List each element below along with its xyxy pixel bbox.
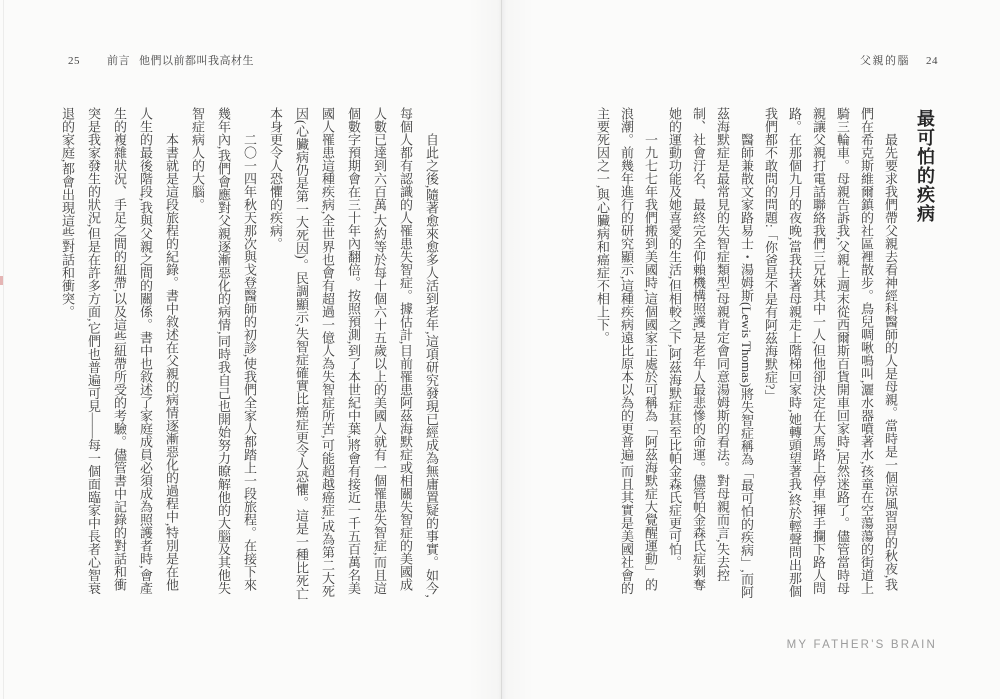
right-page-number: 24: [926, 55, 938, 67]
body-paragraph: 本書就是這段旅程的紀錄。書中敘述在父親的病情逐漸惡化的過程中,特別是在他人生的最…: [54, 107, 184, 604]
book-spread: 25 前言 他們以前都叫我高材生 父親的腦 24 最可怕的疾病 最先要求我們帶父…: [0, 0, 1000, 699]
body-paragraph: 一九七七年我們搬到美國時,這個國家正處於可稱為「阿茲海默症大覺醒運動」的浪潮。前…: [590, 107, 662, 604]
body-paragraph: 最先要求我們帶父親去看神經科醫師的人是母親。當時是一個涼風習習的秋夜,我們在希克…: [758, 107, 902, 604]
left-page-body: 自此之後,隨著愈來愈多人活到老年,這項研究發現已經成為無庸置疑的事實。如今,每個…: [54, 107, 444, 604]
scan-artifact-mark: [0, 276, 3, 285]
left-header-section: 前言: [107, 52, 130, 68]
right-header-book-title: 父親的腦: [860, 52, 910, 68]
gutter-line: [501, 0, 502, 699]
chapter-title: 最可怕的疾病: [912, 107, 938, 604]
body-paragraph: 二〇一四年秋天那次與戈登醫師的初診,使我們全家人都踏上一段旅程。在接下來幾年內,…: [184, 107, 262, 604]
page-edge-line: [3, 0, 4, 699]
left-page-number: 25: [68, 55, 80, 67]
right-running-head: 父親的腦 24: [860, 52, 938, 68]
left-running-head: 25 前言 他們以前都叫我高材生: [68, 52, 254, 68]
body-paragraph: 醫師兼散文家路易士・湯姆斯(Lewis Thomas)將失智症稱為「最可怕的疾病…: [662, 107, 758, 604]
left-header-title: 他們以前都叫我高材生: [139, 52, 254, 68]
body-paragraph: 自此之後,隨著愈來愈多人活到老年,這項研究發現已經成為無庸置疑的事實。如今,每個…: [262, 107, 444, 604]
right-page-body: 最可怕的疾病 最先要求我們帶父親去看神經科醫師的人是母親。當時是一個涼風習習的秋…: [590, 107, 938, 604]
english-book-title-footer: MY FATHER'S BRAIN: [787, 639, 937, 651]
